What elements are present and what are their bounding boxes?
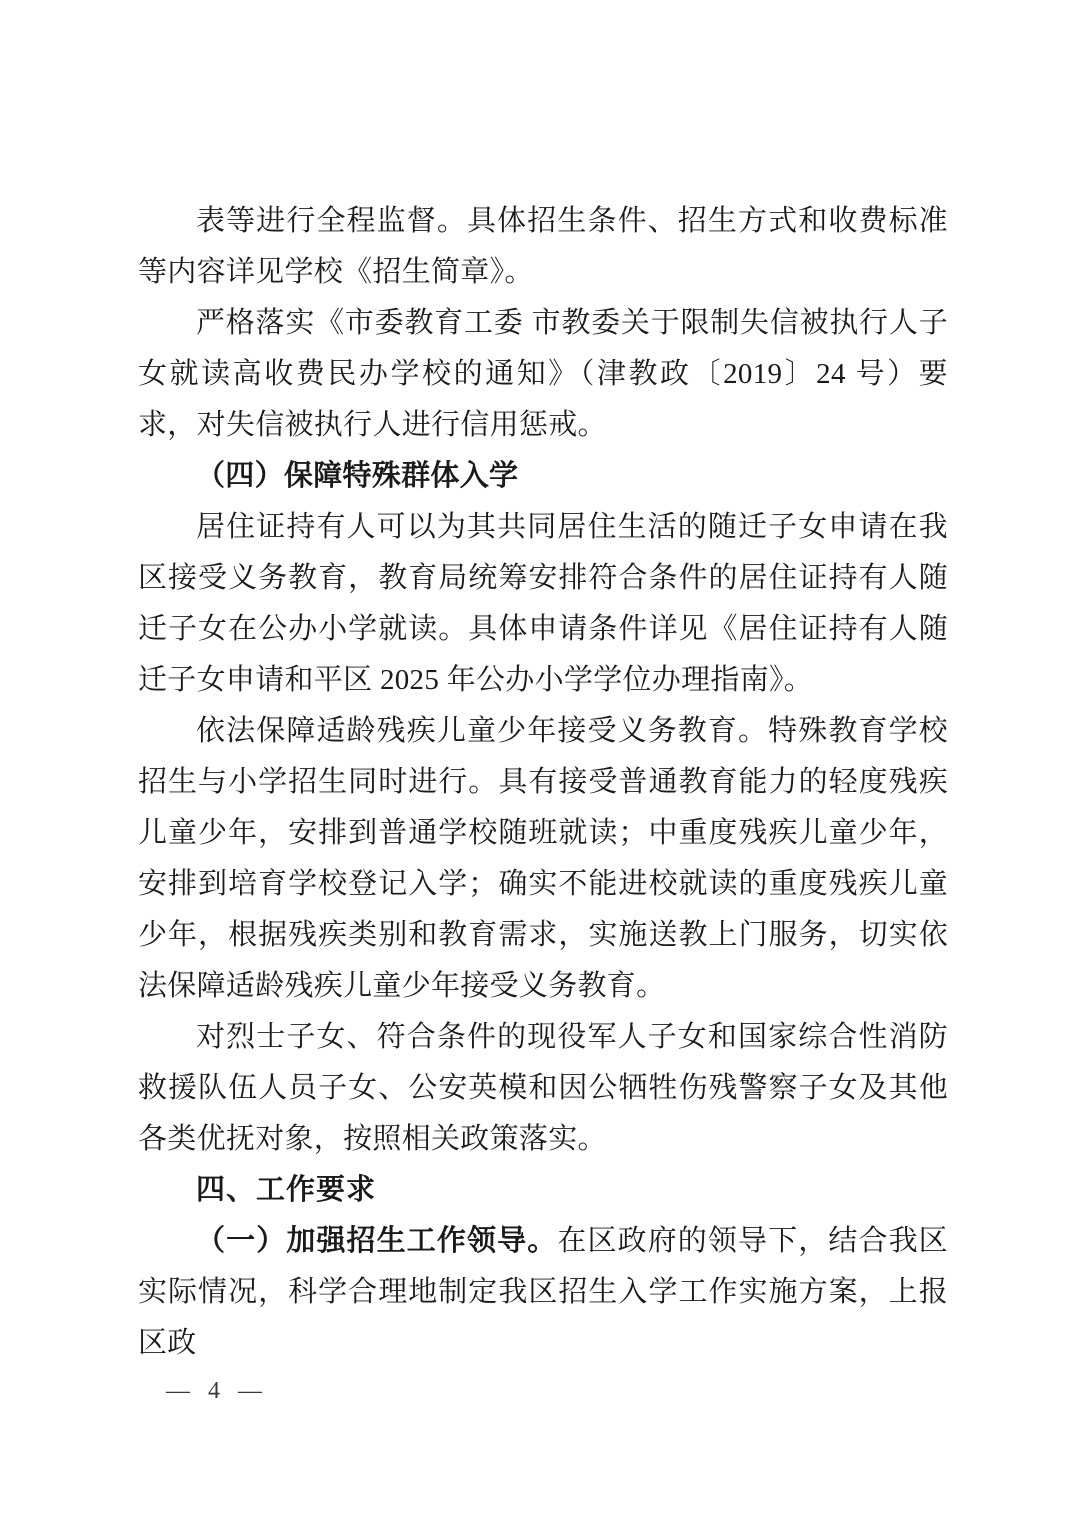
document-body: 表等进行全程监督。具体招生条件、招生方式和收费标准等内容详见学校《招生简章》。 … xyxy=(138,196,948,1369)
paragraph-leadership: （一）加强招生工作领导。在区政府的领导下，结合我区实际情况，科学合理地制定我区招… xyxy=(138,1216,948,1369)
paragraph-leadership-lead: （一）加强招生工作领导。 xyxy=(196,1225,557,1257)
heading-special-groups: （四）保障特殊群体入学 xyxy=(138,451,948,502)
document-page: 表等进行全程监督。具体招生条件、招生方式和收费标准等内容详见学校《招生简章》。 … xyxy=(0,0,1080,1527)
page-number: — 4 — xyxy=(166,1376,268,1406)
paragraph-martyrs-children: 对烈士子女、符合条件的现役军人子女和国家综合性消防救援队伍人员子女、公安英模和因… xyxy=(138,1012,948,1165)
paragraph-residence-permit: 居住证持有人可以为其共同居住生活的随迁子女申请在我区接受义务教育，教育局统筹安排… xyxy=(138,502,948,706)
paragraph-disabled-children: 依法保障适龄残疾儿童少年接受义务教育。特殊教育学校招生与小学招生同时进行。具有接… xyxy=(138,706,948,1012)
heading-work-requirements: 四、工作要求 xyxy=(138,1165,948,1216)
paragraph-supervision-continued: 表等进行全程监督。具体招生条件、招生方式和收费标准等内容详见学校《招生简章》。 xyxy=(138,196,948,298)
paragraph-dishonest-executees: 严格落实《市委教育工委 市教委关于限制失信被执行人子女就读高收费民办学校的通知》… xyxy=(138,298,948,451)
